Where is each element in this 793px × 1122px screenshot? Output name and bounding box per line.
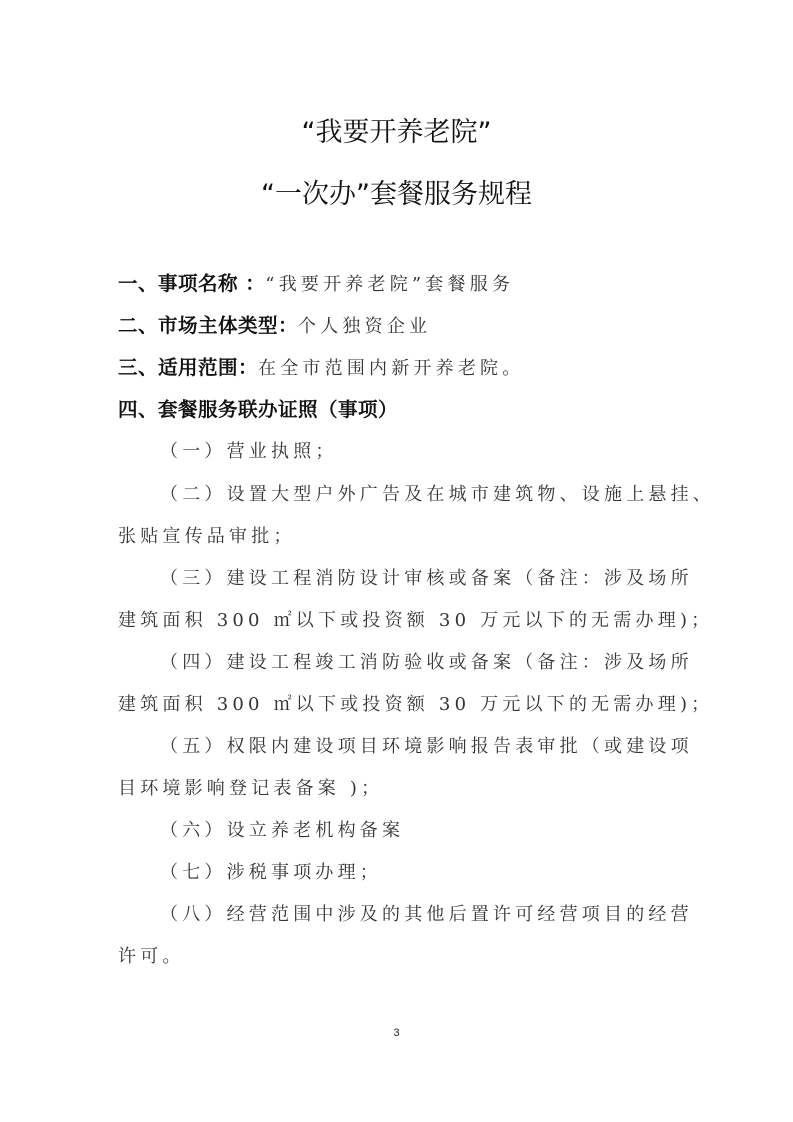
document-page: “我要开养老院” “一次办”套餐服务规程 一、事项名称 ：“我要开养老院”套餐服…: [0, 0, 793, 1122]
section-scope: 三、适用范围：在全市范围内新开养老院。: [118, 356, 524, 381]
section-heading: 二、市场主体类型：: [118, 314, 298, 337]
page-number: 3: [0, 1027, 793, 1039]
list-item-1: （一）营业执照；: [160, 440, 338, 464]
list-item-6: （六）设立养老机构备案: [160, 819, 404, 843]
list-item-3-cont: 建筑面积 300 ㎡以下或投资额 30 万元以下的无需办理)；: [118, 609, 713, 633]
section-text: “我要开养老院”套餐服务: [265, 274, 514, 295]
document-title-line1: “我要开养老院”: [0, 110, 793, 149]
document-title-line2: “一次办”套餐服务规程: [0, 172, 793, 211]
section-joint-licenses: 四、套餐服务联办证照（事项）: [118, 398, 398, 422]
list-item-8-cont: 许可。: [118, 945, 185, 969]
list-item-4-cont: 建筑面积 300 ㎡以下或投资额 30 万元以下的无需办理)；: [118, 693, 713, 717]
list-item-4: （四）建设工程竣工消防验收或备案（备注：涉及场所: [160, 651, 693, 675]
section-entity-type: 二、市场主体类型：个人独资企业: [118, 314, 431, 339]
section-text: 在全市范围内新开养老院。: [258, 358, 524, 379]
list-item-5: （五）权限内建设项目环境影响报告表审批（或建设项: [160, 735, 693, 759]
section-text: 个人独资企业: [298, 316, 431, 337]
section-heading: 四、套餐服务联办证照（事项）: [118, 398, 398, 421]
list-item-8: （八）经营范围中涉及的其他后置许可经营项目的经营: [160, 903, 693, 927]
section-item-name: 一、事项名称 ：“我要开养老院”套餐服务: [118, 272, 514, 297]
list-item-3: （三）建设工程消防设计审核或备案（备注：涉及场所: [160, 567, 693, 591]
list-item-5-cont: 目环境影响登记表备案 )；: [118, 777, 383, 801]
list-item-7: （七）涉税事项办理；: [160, 861, 382, 885]
list-item-2: （二）设置大型户外广告及在城市建筑物、设施上悬挂、: [160, 483, 715, 507]
section-heading: 三、适用范围：: [118, 356, 258, 379]
section-heading: 一、事项名称 ：: [118, 272, 265, 295]
list-item-2-cont: 张贴宣传品审批；: [118, 525, 296, 549]
